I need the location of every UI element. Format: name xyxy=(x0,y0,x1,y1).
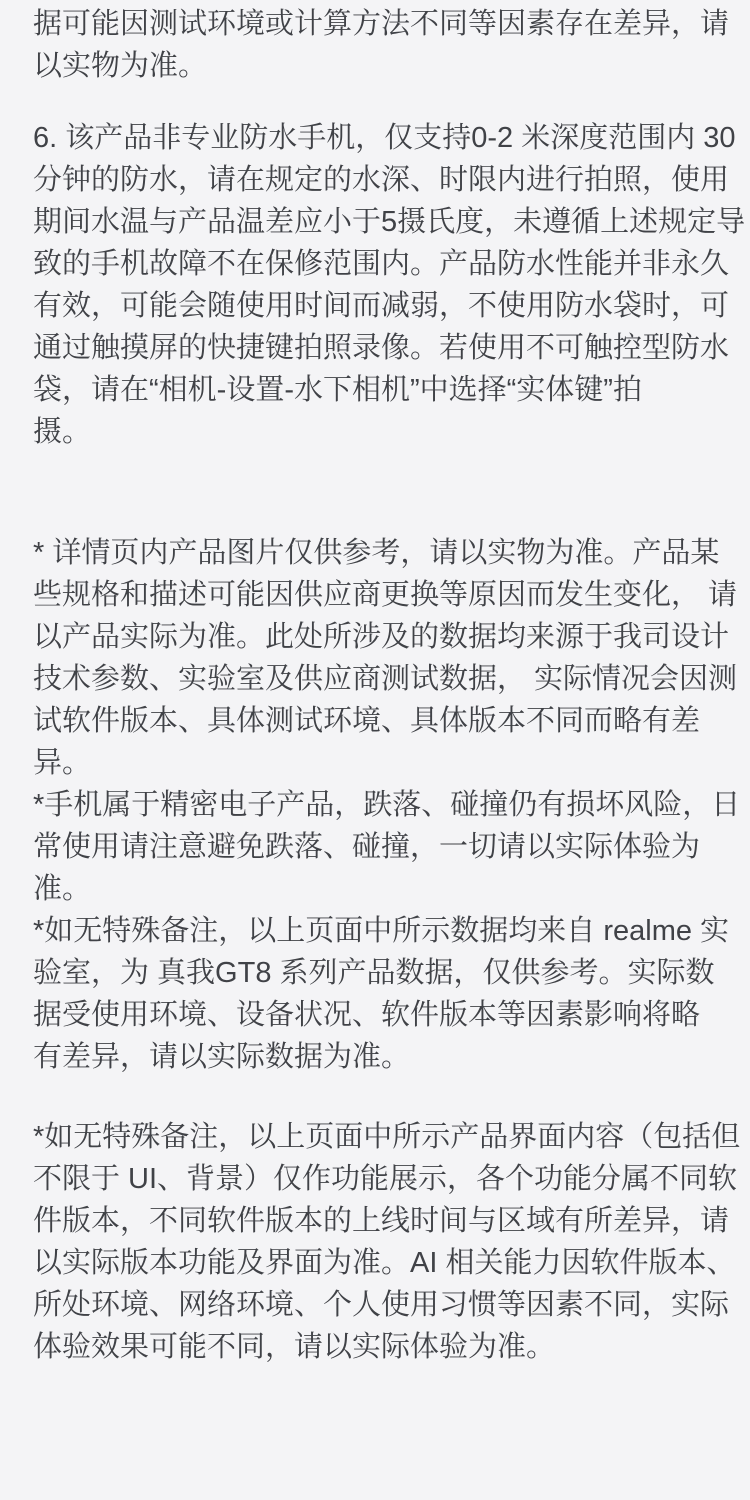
text-line: 6. 该产品非专业防水手机，仅支持0-2 米深度范围内 30 xyxy=(33,117,718,159)
text-line: *手机属于精密电子产品，跌落、碰撞仍有损坏风险，日 xyxy=(33,784,718,826)
text-line: 所处环境、网络环境、个人使用习惯等因素不同，实际 xyxy=(33,1284,718,1326)
text-line: 体验效果可能不同，请以实际体验为准。 xyxy=(33,1326,718,1368)
text-line: 致的手机故障不在保修范围内。产品防水性能并非永久 xyxy=(33,243,718,285)
text-line: *如无特殊备注，以上页面中所示数据均来自 realme 实 xyxy=(33,910,718,952)
text-line: 分钟的防水，请在规定的水深、时限内进行拍照，使用 xyxy=(33,159,718,201)
text-line: 有效，可能会随使用时间而减弱，不使用防水袋时，可 xyxy=(33,285,718,327)
text-line: 常使用请注意避免跌落、碰撞，一切请以实际体验为 xyxy=(33,826,718,868)
text-line: 据可能因测试环境或计算方法不同等因素存在差异，请 xyxy=(33,3,718,45)
text-line: 袋，请在“相机-设置-水下相机”中选择“实体键”拍 xyxy=(33,369,718,411)
text-line: 有差异，请以实际数据为准。 xyxy=(33,1036,718,1078)
text-line: 摄。 xyxy=(33,411,718,453)
text-line: 验室，为 真我GT8 系列产品数据，仅供参考。实际数 xyxy=(33,952,718,994)
footnote-ui-disclaimer-paragraph: *如无特殊备注，以上页面中所示产品界面内容（包括但不限于 UI、背景）仅作功能展… xyxy=(33,1116,718,1368)
text-line: 些规格和描述可能因供应商更换等原因而发生变化， 请 xyxy=(33,574,718,616)
note5-continuation-paragraph: 据可能因测试环境或计算方法不同等因素存在差异，请以实物为准。 xyxy=(33,3,718,87)
text-line: 以实际版本功能及界面为准。AI 相关能力因软件版本、 xyxy=(33,1242,718,1284)
footnote-fragility-paragraph: *手机属于精密电子产品，跌落、碰撞仍有损坏风险，日常使用请注意避免跌落、碰撞，一… xyxy=(33,784,718,910)
text-line: 以产品实际为准。此处所涉及的数据均来源于我司设计 xyxy=(33,616,718,658)
text-line: *如无特殊备注，以上页面中所示产品界面内容（包括但 xyxy=(33,1116,718,1158)
text-line: 异。 xyxy=(33,742,718,784)
text-line: 件版本，不同软件版本的上线时间与区域有所差异，请 xyxy=(33,1200,718,1242)
footnote-lab-data-paragraph: *如无特殊备注，以上页面中所示数据均来自 realme 实验室，为 真我GT8 … xyxy=(33,910,718,1078)
text-line: 试软件版本、具体测试环境、具体版本不同而略有差 xyxy=(33,700,718,742)
text-line: 期间水温与产品温差应小于5摄氏度，未遵循上述规定导 xyxy=(33,201,718,243)
note6-waterproof-paragraph: 6. 该产品非专业防水手机，仅支持0-2 米深度范围内 30分钟的防水，请在规定… xyxy=(33,117,718,453)
text-line: 准。 xyxy=(33,868,718,910)
text-line: 据受使用环境、设备状况、软件版本等因素影响将略 xyxy=(33,994,718,1036)
text-line: 通过触摸屏的快捷键拍照录像。若使用不可触控型防水 xyxy=(33,327,718,369)
text-line: 不限于 UI、背景）仅作功能展示，各个功能分属不同软 xyxy=(33,1158,718,1200)
footnote-product-images-paragraph: * 详情页内产品图片仅供参考，请以实物为准。产品某些规格和描述可能因供应商更换等… xyxy=(33,532,718,784)
text-line: * 详情页内产品图片仅供参考，请以实物为准。产品某 xyxy=(33,532,718,574)
text-line: 以实物为准。 xyxy=(33,45,718,87)
disclaimer-page: 据可能因测试环境或计算方法不同等因素存在差异，请以实物为准。 6. 该产品非专业… xyxy=(0,0,750,1500)
text-line: 技术参数、实验室及供应商测试数据， 实际情况会因测 xyxy=(33,658,718,700)
